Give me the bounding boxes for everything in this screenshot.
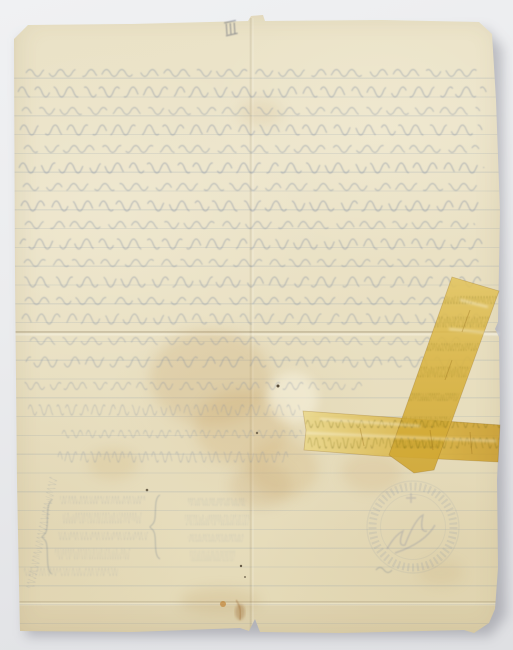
stamp-signature-strokes [387, 493, 435, 553]
curly-brace-marks [42, 495, 392, 574]
small-squiggle-mark [376, 568, 392, 573]
page-numeral [224, 20, 238, 36]
photo-background [0, 0, 513, 650]
tape-strips [303, 277, 505, 473]
orange-spot [220, 601, 226, 607]
stamp-seal [367, 481, 459, 573]
artifact-layer [0, 0, 513, 650]
handwriting-layer [18, 70, 486, 576]
curly-brace-right [150, 495, 160, 559]
